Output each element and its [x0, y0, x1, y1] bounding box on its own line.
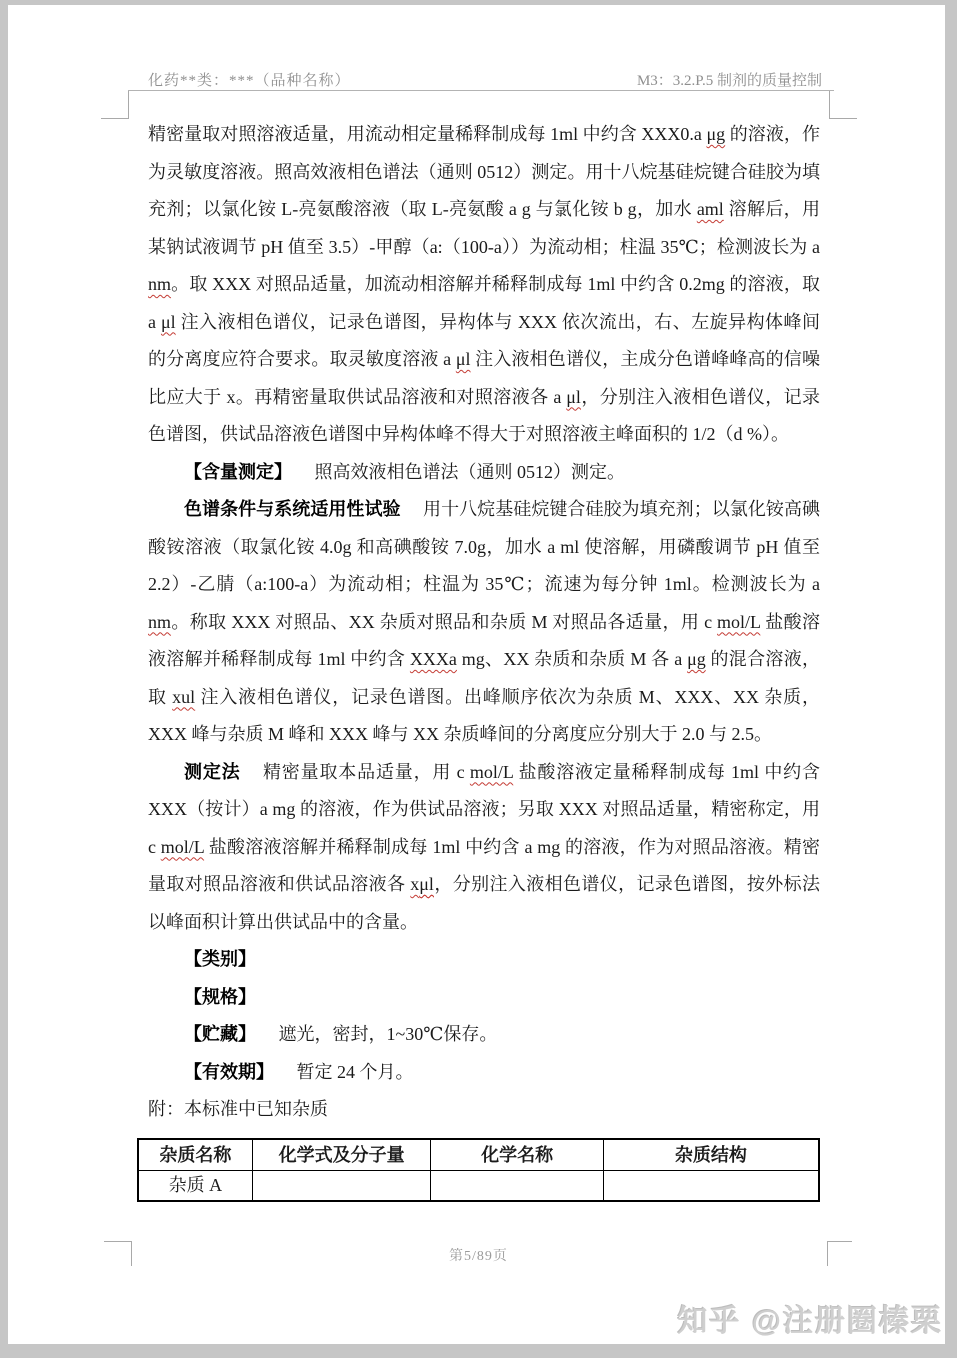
chromatographic-conditions-text: 用十八烷基硅烷键合硅胶为填充剂；以氯化铵高碘酸铵溶液（取氯化铵 4.0g 和高碘…	[148, 499, 820, 744]
page-header: 化药**类：***（品种名称） M3：3.2.P.5 制剂的质量控制	[128, 62, 834, 91]
table-header-impurity-name: 杂质名称	[138, 1139, 252, 1171]
table-header-chemical-name: 化学名称	[431, 1139, 604, 1171]
table-cell-formula	[252, 1170, 431, 1201]
section-label-specification: 【规格】	[184, 987, 256, 1007]
table-header-impurity-structure: 杂质结构	[603, 1139, 819, 1171]
section-label-determination-method: 测定法	[184, 762, 240, 782]
document-viewer: { "page": { "header": { "left": "化药**类：*…	[0, 0, 957, 1358]
validity-period-text: 暂定 24 个月。	[297, 1062, 414, 1082]
known-impurities-table: 杂质名称 化学式及分子量 化学名称 杂质结构 杂质 A	[137, 1138, 820, 1202]
paragraph-sensitivity-solution: 精密量取对照溶液适量，用流动相定量稀释制成每 1ml 中约含 XXX0.a μg…	[148, 116, 820, 454]
paragraph-determination-method: 测定法精密量取本品适量，用 c mol/L 盐酸溶液定量稀释制成每 1ml 中约…	[148, 754, 820, 942]
paragraph-appendix-note: 附：本标准中已知杂质	[148, 1091, 820, 1129]
header-left-title: 化药**类：***（品种名称）	[128, 69, 351, 90]
zhihu-watermark: 知乎 @注册圈榛栗	[677, 1296, 943, 1340]
section-label-category: 【类别】	[184, 949, 256, 969]
margin-mark-top-right	[829, 91, 857, 119]
determination-method-text: 精密量取本品适量，用 c mol/L 盐酸溶液定量稀释制成每 1ml 中约含 X…	[148, 762, 820, 932]
header-right-title: M3：3.2.P.5 制剂的质量控制	[637, 69, 834, 90]
table-cell-impurity-name: 杂质 A	[138, 1170, 252, 1201]
section-label-validity-period: 【有效期】	[184, 1062, 274, 1082]
page-number: 第5/89页	[0, 1245, 957, 1265]
assay-heading-text: 照高效液相色谱法（通则 0512）测定。	[315, 462, 626, 482]
table-row-impurity-a: 杂质 A	[138, 1170, 819, 1201]
paragraph-validity-period: 【有效期】暂定 24 个月。	[148, 1054, 820, 1092]
section-label-chromatographic-conditions: 色谱条件与系统适用性试验	[184, 499, 401, 519]
section-label-assay: 【含量测定】	[184, 462, 292, 482]
table-cell-structure	[603, 1170, 819, 1201]
section-label-storage: 【贮藏】	[184, 1024, 256, 1044]
table-header-row: 杂质名称 化学式及分子量 化学名称 杂质结构	[138, 1139, 819, 1171]
table-header-formula-molecular-weight: 化学式及分子量	[252, 1139, 431, 1171]
paragraph-storage: 【贮藏】遮光，密封，1~30℃保存。	[148, 1016, 820, 1054]
paragraph-specification: 【规格】	[148, 979, 820, 1017]
paragraph-assay-heading: 【含量测定】照高效液相色谱法（通则 0512）测定。	[148, 454, 820, 492]
paragraph-category: 【类别】	[148, 941, 820, 979]
margin-mark-top-left	[101, 91, 129, 119]
document-body: 精密量取对照溶液适量，用流动相定量稀释制成每 1ml 中约含 XXX0.a μg…	[148, 116, 820, 1202]
paragraph-chromatographic-conditions: 色谱条件与系统适用性试验用十八烷基硅烷键合硅胶为填充剂；以氯化铵高碘酸铵溶液（取…	[148, 491, 820, 754]
table-cell-chemical-name	[431, 1170, 604, 1201]
storage-text: 遮光，密封，1~30℃保存。	[279, 1024, 498, 1044]
